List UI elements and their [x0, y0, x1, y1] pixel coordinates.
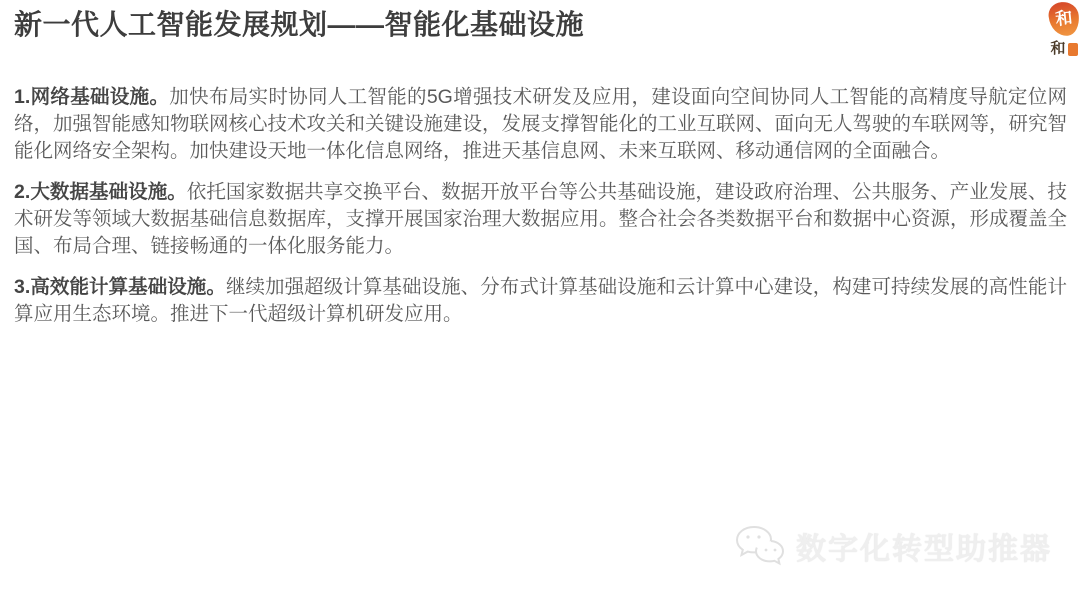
- watermark: 数字化转型助推器: [734, 523, 1052, 569]
- brand-logo: 和 和: [1038, 2, 1080, 58]
- paragraph-lead: 2.大数据基础设施。: [14, 181, 187, 203]
- paragraph-body: 加快布局实时协同人工智能的5G增强技术研发及应用，建设面向空间协同人工智能的高精…: [14, 86, 1067, 162]
- paragraph-computing-infrastructure: 3.高效能计算基础设施。继续加强超级计算基础设施、分布式计算基础设施和云计算中心…: [14, 274, 1067, 328]
- brand-text-cut-glyph: [1068, 43, 1078, 56]
- slide: 新一代人工智能发展规划——智能化基础设施 和 和 1.网络基础设施。加快布局实时…: [0, 0, 1080, 591]
- brand-text: 和: [1038, 37, 1080, 58]
- body-text: 1.网络基础设施。加快布局实时协同人工智能的5G增强技术研发及应用，建设面向空间…: [14, 84, 1067, 342]
- brand-seal-icon: 和: [1047, 1, 1080, 38]
- paragraph-bigdata-infrastructure: 2.大数据基础设施。依托国家数据共享交换平台、数据开放平台等公共基础设施，建设政…: [14, 179, 1067, 260]
- wechat-icon: [734, 523, 786, 569]
- paragraph-lead: 3.高效能计算基础设施。: [14, 276, 226, 298]
- page-title: 新一代人工智能发展规划——智能化基础设施: [14, 6, 584, 44]
- paragraph-lead: 1.网络基础设施。: [14, 86, 169, 108]
- watermark-text: 数字化转型助推器: [796, 524, 1052, 568]
- paragraph-network-infrastructure: 1.网络基础设施。加快布局实时协同人工智能的5G增强技术研发及应用，建设面向空间…: [14, 84, 1067, 165]
- brand-seal-char: 和: [1055, 8, 1074, 29]
